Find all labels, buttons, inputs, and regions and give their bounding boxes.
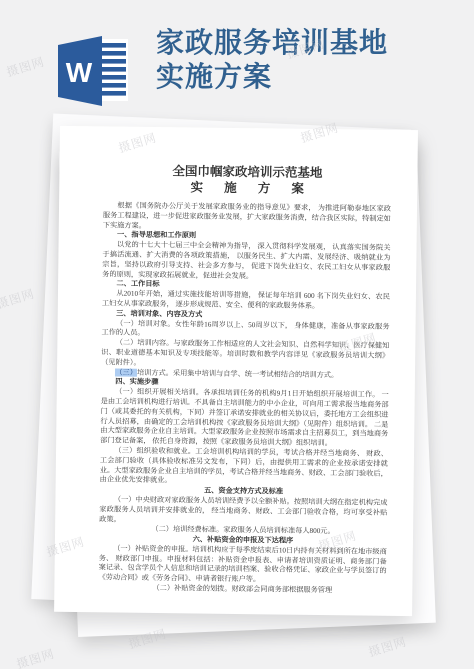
doc-paragraph: （三）组织验收和就业。工会培训机构培训的学员，考试合格并经当地商务、 财政、 工… — [100, 446, 388, 489]
doc-paragraph: （一）组织开展相关培训。各承担培训任务的机构9月1日开始组织开展培训工作。 一是… — [100, 387, 389, 449]
site-watermark: 摄图网 — [14, 645, 56, 669]
doc-paragraph: （一）补贴资金的申报。培训机构应于每季度结束后10日内持有关材料到所在地市级商务… — [98, 544, 386, 587]
template-preview: W 家政服务培训基地 实施方案 全国巾帼家政培训示范基地 实 施 方 案 根据《… — [0, 0, 474, 669]
doc-paragraph: （二）补贴资金的划拨。财政部会同商务部根据服务管理 — [98, 583, 386, 596]
paper-stack: 全国巾帼家政培训示范基地 实 施 方 案 根据《国务院办公厅关于发展家政服务业的… — [60, 128, 418, 614]
document-body: 根据《国务院办公厅关于发展家政服务业的指导意见》要求， 为推进阿勒泰地区家政服务… — [98, 201, 391, 596]
word-icon-letter: W — [66, 57, 93, 88]
doc-paragraph: （一）中央财政对家政服务人员培训经费予以全额补贴。按照培训大纲在指定机构完成家政… — [99, 495, 387, 528]
doc-paragraph: 以党的十七大十七届三中全会精神为指导， 深入贯彻科学发展观， 认真落实国务院关于… — [102, 241, 390, 284]
site-watermark: 摄图网 — [366, 633, 408, 661]
text-selection-highlight: （三） — [115, 368, 137, 376]
site-watermark: 摄图网 — [0, 285, 37, 313]
preview-header: W 家政服务培训基地 实施方案 — [0, 0, 474, 128]
document-title-line2: 实 施 方 案 — [103, 178, 391, 198]
word-icon: W — [54, 34, 134, 108]
page-title: 家政服务培训基地 实施方案 — [156, 26, 456, 94]
page-title-line1: 家政服务培训基地 — [156, 26, 456, 60]
page-title-line2: 实施方案 — [156, 60, 456, 94]
word-icon-graphic: W — [54, 34, 134, 108]
doc-paragraph: （二）培训内容。与家政服务工作相适应的人文社会知识、自然科学知识、医疗保健知识、… — [101, 338, 389, 371]
document-page: 全国巾帼家政培训示范基地 实 施 方 案 根据《国务院办公厅关于发展家政服务业的… — [54, 126, 418, 616]
doc-paragraph: 根据《国务院办公厅关于发展家政服务业的指导意见》要求， 为推进阿勒泰地区家政服务… — [103, 201, 391, 234]
